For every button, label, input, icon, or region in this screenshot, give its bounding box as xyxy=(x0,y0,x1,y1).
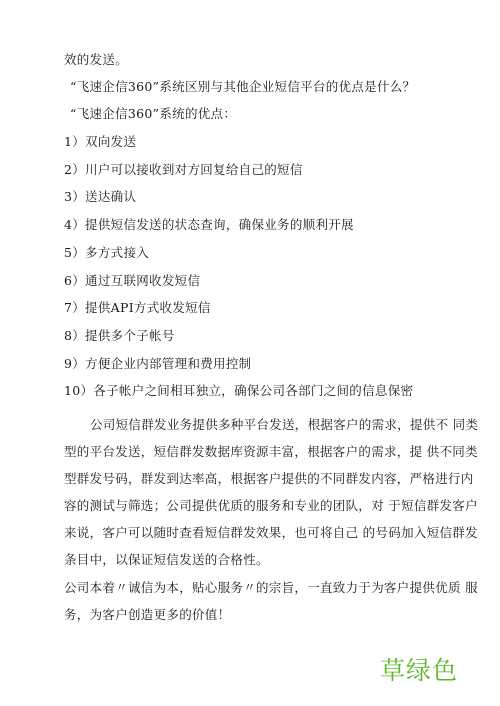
paragraph-line: 公司本着〃诚信为本，贴心服务〃的宗旨，一直致力于为客户提供优质 服 xyxy=(64,580,478,596)
paragraph-line: 条目中，以保证短信发送的合格性。 xyxy=(64,552,269,568)
paragraph-line: 来说，客户可以随时查看短信群发效果，也可将自己 的号码加入短信群发 xyxy=(64,525,478,541)
paragraph-line: 公司短信群发业务提供多种平台发送，根据客户的需求，提供不 同类 xyxy=(90,417,478,433)
list-item: 10）各子帐户之间相耳独立，确保公司各部门之间的信息保密 xyxy=(64,383,413,399)
paragraph-line: 型群发号码，群发到达率高，根据客户提供的不同群发内容，严格进行内 xyxy=(64,471,474,487)
list-item: 1）双向发送 xyxy=(64,134,136,150)
list-item: 6）通过互联网收发短信 xyxy=(64,273,200,289)
list-item: 4）提供短信发送的状态查询，确保业务的顺利开展 xyxy=(64,217,354,233)
intro-tail-text: 效的发送。 xyxy=(64,52,128,68)
list-item: 5）多方式接入 xyxy=(64,245,149,261)
advantages-heading: “飞速企信360”系统的优点： xyxy=(70,106,236,122)
document-page: 效的发送。 “飞速企信360”系统区别与其他企业短信平台的优点是什么？ “飞速企… xyxy=(0,0,500,706)
question-heading: “飞速企信360”系统区别与其他企业短信平台的优点是什么？ xyxy=(70,79,415,95)
paragraph-line: 型的平台发送，短信群发数据库资源丰富，根据客户的需求，提 供不同类 xyxy=(64,444,478,460)
list-item: 7）提供API方式收发短信 xyxy=(64,300,211,316)
list-item: 9）方便企业内部管理和费用控制 xyxy=(64,356,251,372)
list-item: 3）送达确认 xyxy=(64,189,136,205)
list-item: 8）提供多个子帐号 xyxy=(64,328,175,344)
list-item: 2）川户可以接收到对方回复给自己的短信 xyxy=(64,162,303,178)
paragraph-line: 务，为客户创造更多的价值！ xyxy=(64,607,230,623)
watermark-text: 草绿色 xyxy=(380,656,458,686)
paragraph-line: 容的测试与筛选；公司提供优质的服务和专业的团队，对 于短信群发客户 xyxy=(64,498,478,514)
